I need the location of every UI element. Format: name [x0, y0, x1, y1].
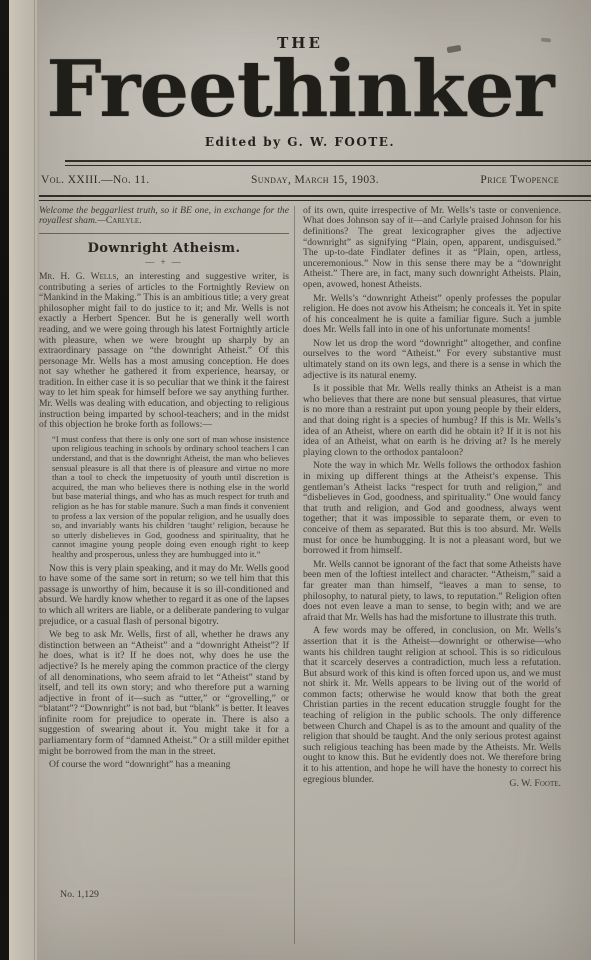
article-paragraph: Is it possible that Mr. Wells really thi… [303, 384, 561, 458]
article-blockquote: “I must confess that there is only one s… [52, 435, 289, 560]
article-paragraph: Note the way in which Mr. Wells follows … [303, 461, 561, 556]
masthead-title: Freethinker [39, 54, 561, 126]
issue-number: No. 1,129 [60, 889, 99, 900]
epigraph-text: Welcome the beggarliest truth, so it BE … [39, 205, 289, 227]
newspaper-scan: THE Freethinker Edited by G. W. FOOTE. V… [0, 0, 591, 960]
right-column: of its own, quite irrespective of Mr. We… [303, 206, 561, 944]
masthead: THE Freethinker Edited by G. W. FOOTE. [39, 0, 561, 149]
section-rule [39, 233, 289, 234]
paragraph-text: an interesting and suggestive writer, is… [39, 271, 289, 430]
newspaper-page: THE Freethinker Edited by G. W. FOOTE. V… [37, 0, 591, 960]
price: Price Twopence [480, 174, 559, 186]
masthead-editor-line: Edited by G. W. FOOTE. [39, 135, 561, 149]
article-paragraph: Now this is very plain speaking, and it … [39, 564, 289, 628]
article-paragraph: Mr. Wells’s “downright Atheist” openly p… [303, 294, 561, 336]
article-body: Welcome the beggarliest truth, so it BE … [39, 206, 561, 944]
article-paragraph: of its own, quite irrespective of Mr. We… [303, 206, 561, 291]
dateline: Vol. XXIII.—No. 11. Sunday, March 15, 19… [39, 166, 561, 195]
left-column: Welcome the beggarliest truth, so it BE … [39, 206, 289, 944]
article-paragraph: A few words may be offered, in conclusio… [303, 626, 561, 785]
issue-date: Sunday, March 15, 1903. [251, 174, 379, 186]
article-paragraph: Now let us drop the word “downright” alt… [303, 339, 561, 381]
article-paragraph: We beg to ask Mr. Wells, first of all, w… [39, 630, 289, 757]
dateline-rule [39, 195, 591, 201]
book-spine-shadow [0, 0, 9, 960]
article-paragraph: Mr. H. G. Wells, an interesting and sugg… [39, 272, 289, 431]
volume-number: Vol. XXIII.—No. 11. [41, 174, 150, 186]
epigraph: Welcome the beggarliest truth, so it BE … [39, 206, 289, 227]
epigraph-attribution: Carlyle. [106, 215, 142, 226]
column-divider [294, 206, 295, 944]
section-ornament: — + — [39, 257, 289, 267]
article-paragraph: Mr. Wells cannot be ignorant of the fact… [303, 560, 561, 624]
page-binding-edge [9, 0, 37, 960]
paragraph-lead: Mr. H. G. Wells, [39, 271, 119, 282]
article-paragraph: Of course the word “downright” has a mea… [39, 760, 289, 771]
article-title: Downright Atheism. [39, 241, 289, 256]
